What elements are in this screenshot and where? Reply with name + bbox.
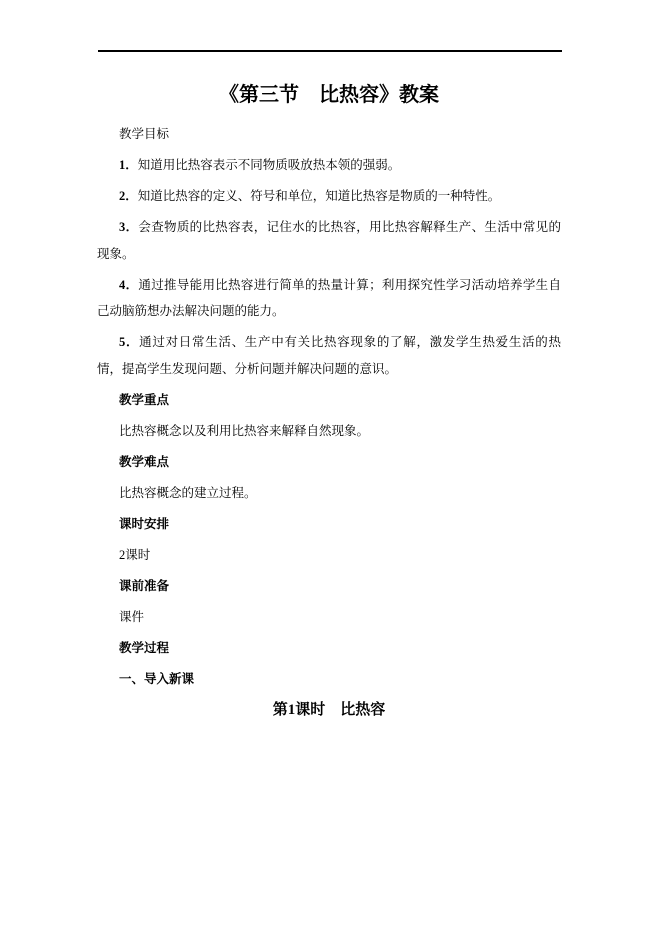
preparation-text: 课件 xyxy=(97,604,561,631)
objective-item-5: 5．通过对日常生活、生产中有关比热容现象的了解，激发学生热爱生活的热情，提高学生… xyxy=(97,329,561,382)
objective-item-number: 5． xyxy=(119,335,139,349)
objective-item-text: 通过对日常生活、生产中有关比热容现象的了解，激发学生热爱生活的热情，提高学生发现… xyxy=(97,335,561,376)
objective-item-2: 2．知道比热容的定义、符号和单位，知道比热容是物质的一种特性。 xyxy=(97,183,561,210)
section-heading-preparation: 课前准备 xyxy=(97,573,561,600)
section-heading-key-points: 教学重点 xyxy=(97,387,561,414)
header-rule xyxy=(98,50,562,52)
objective-item-text: 会查物质的比热容表，记住水的比热容，用比热容解释生产、生活中常见的现象。 xyxy=(97,220,561,261)
objective-item-number: 1． xyxy=(119,158,138,172)
objective-item-3: 3．会查物质的比热容表，记住水的比热容，用比热容解释生产、生活中常见的现象。 xyxy=(97,214,561,267)
objective-item-text: 通过推导能用比热容进行简单的热量计算；利用探究性学习活动培养学生自己动脑筋想办法… xyxy=(97,278,561,319)
page-title: 《第三节 比热容》教案 xyxy=(0,82,658,108)
lead-in-heading: 一、导入新课 xyxy=(97,666,561,693)
objective-item-text: 知道用比热容表示不同物质吸放热本领的强弱。 xyxy=(138,158,401,172)
objective-item-number: 2． xyxy=(119,189,138,203)
objective-item-4: 4．通过推导能用比热容进行简单的热量计算；利用探究性学习活动培养学生自己动脑筋想… xyxy=(97,272,561,325)
schedule-text: 2课时 xyxy=(97,542,561,569)
difficulties-text: 比热容概念的建立过程。 xyxy=(97,480,561,507)
section-heading-difficulties: 教学难点 xyxy=(97,449,561,476)
objective-item-1: 1．知道用比热容表示不同物质吸放热本领的强弱。 xyxy=(97,152,561,179)
lesson1-heading: 第1课时 比热容 xyxy=(97,697,561,724)
section-heading-objectives: 教学目标 xyxy=(97,121,561,148)
document-body: 教学目标 1．知道用比热容表示不同物质吸放热本领的强弱。 2．知道比热容的定义、… xyxy=(97,121,561,728)
objective-item-number: 3． xyxy=(119,220,138,234)
objective-item-text: 知道比热容的定义、符号和单位，知道比热容是物质的一种特性。 xyxy=(138,189,501,203)
section-heading-process: 教学过程 xyxy=(97,635,561,662)
document-page: 《第三节 比热容》教案 教学目标 1．知道用比热容表示不同物质吸放热本领的强弱。… xyxy=(0,0,658,932)
key-points-text: 比热容概念以及利用比热容来解释自然现象。 xyxy=(97,418,561,445)
section-heading-schedule: 课时安排 xyxy=(97,511,561,538)
objective-item-number: 4． xyxy=(119,278,138,292)
